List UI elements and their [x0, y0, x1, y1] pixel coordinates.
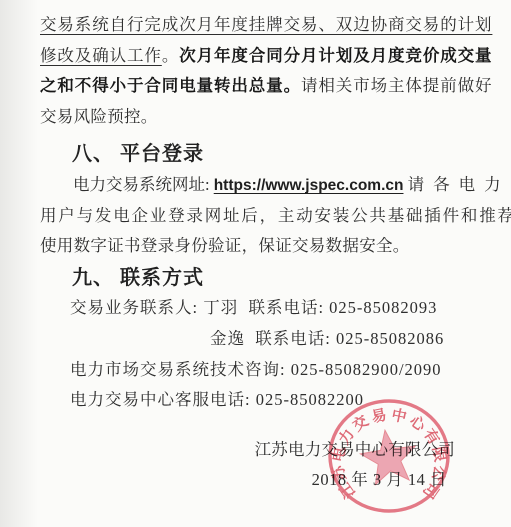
text-segment: 之和不得小于合同电量转出总量。	[40, 76, 301, 95]
text-segment: 交易风险预控。	[40, 107, 158, 126]
text-segment: 九、 联系方式	[72, 267, 204, 289]
text-line: 交易系统自行完成次月年度挂牌交易、双边协商交易的计划	[40, 10, 498, 41]
section-9-heading-block: 九、 联系方式	[40, 263, 498, 294]
text-segment: 江苏电力交易中心有限公司	[255, 440, 455, 459]
signature-company: 江苏电力交易中心有限公司	[40, 435, 498, 466]
contact-line-trading-1: 交易业务联系人: 丁羽 联系电话: 025-85082093	[40, 293, 498, 324]
contact-line-service-hotline: 电力交易中心客服电话: 025-85082200	[40, 385, 498, 416]
text-segment: 请各电力	[408, 175, 510, 194]
text-segment: 金逸 联系电话: 025-85082086	[210, 329, 444, 348]
text-segment: 电力交易中心客服电话: 025-85082200	[70, 390, 364, 409]
text-line: 之和不得小于合同电量转出总量。请相关市场主体提前做好	[40, 71, 498, 102]
contact-line-trading-2: 金逸 联系电话: 025-85082086	[40, 324, 498, 355]
paragraph-annual-trading-plan: 交易系统自行完成次月年度挂牌交易、双边协商交易的计划修改及确认工作。次月年度合同…	[40, 10, 498, 132]
document-body: 交易系统自行完成次月年度挂牌交易、双边协商交易的计划修改及确认工作。次月年度合同…	[40, 10, 498, 496]
section-heading-contact-info: 九、 联系方式	[40, 263, 498, 294]
text-line: 用户与发电企业登录网址后，主动安装公共基础插件和推荐	[40, 201, 498, 232]
scanned-document-page: { "doc": { "para1": { "lines": [ {"ls":0…	[0, 0, 511, 527]
text-segment: 电力交易系统网址:	[73, 175, 214, 194]
contact-info-lines: 交易业务联系人: 丁羽 联系电话: 025-85082093金逸 联系电话: 0…	[40, 293, 498, 415]
paragraph-platform-login-body: 电力交易系统网址: https://www.jspec.com.cn 请各电力用…	[40, 170, 498, 262]
text-segment: 用户与发电企业登录网址后，主动安装公共基础插件和推荐	[40, 206, 511, 225]
contact-line-tech-support: 电力市场交易系统技术咨询: 025-85082900/2090	[40, 355, 498, 386]
section-heading-platform-login: 八、 平台登录	[40, 139, 498, 170]
signoff-block: 江苏电力交易中心有限公司2018 年 3 月 14 日	[40, 435, 498, 496]
text-line: 使用数字证书登录身份验证，保证交易数据安全。	[40, 231, 498, 262]
signature-date: 2018 年 3 月 14 日	[40, 465, 498, 496]
text-segment: 交易系统自行完成次月年度挂牌交易、双边协商交易的计划	[40, 15, 492, 34]
platform-url-link[interactable]: https://www.jspec.com.cn	[214, 177, 404, 194]
text-line: 交易风险预控。	[40, 102, 498, 133]
text-segment: 请相关市场主体提前做好	[301, 76, 492, 95]
text-segment: 八、 平台登录	[72, 143, 204, 165]
text-segment: 。	[162, 46, 179, 65]
text-segment: 使用数字证书登录身份验证，保证交易数据安全。	[40, 236, 410, 255]
text-segment: 交易业务联系人: 丁羽 联系电话: 025-85082093	[70, 298, 437, 317]
scan-shadow-left-edge	[0, 0, 38, 527]
section-8-heading-block: 八、 平台登录	[40, 139, 498, 170]
text-segment: 修改及确认工作	[40, 46, 162, 65]
text-line: 电力交易系统网址: https://www.jspec.com.cn 请各电力	[40, 170, 498, 201]
text-segment: 电力市场交易系统技术咨询: 025-85082900/2090	[70, 360, 442, 379]
text-segment: 次月年度合同分月计划及月度竞价成交量	[179, 46, 492, 65]
text-line: 修改及确认工作。次月年度合同分月计划及月度竞价成交量	[40, 41, 498, 72]
text-segment: 2018 年 3 月 14 日	[312, 470, 447, 489]
